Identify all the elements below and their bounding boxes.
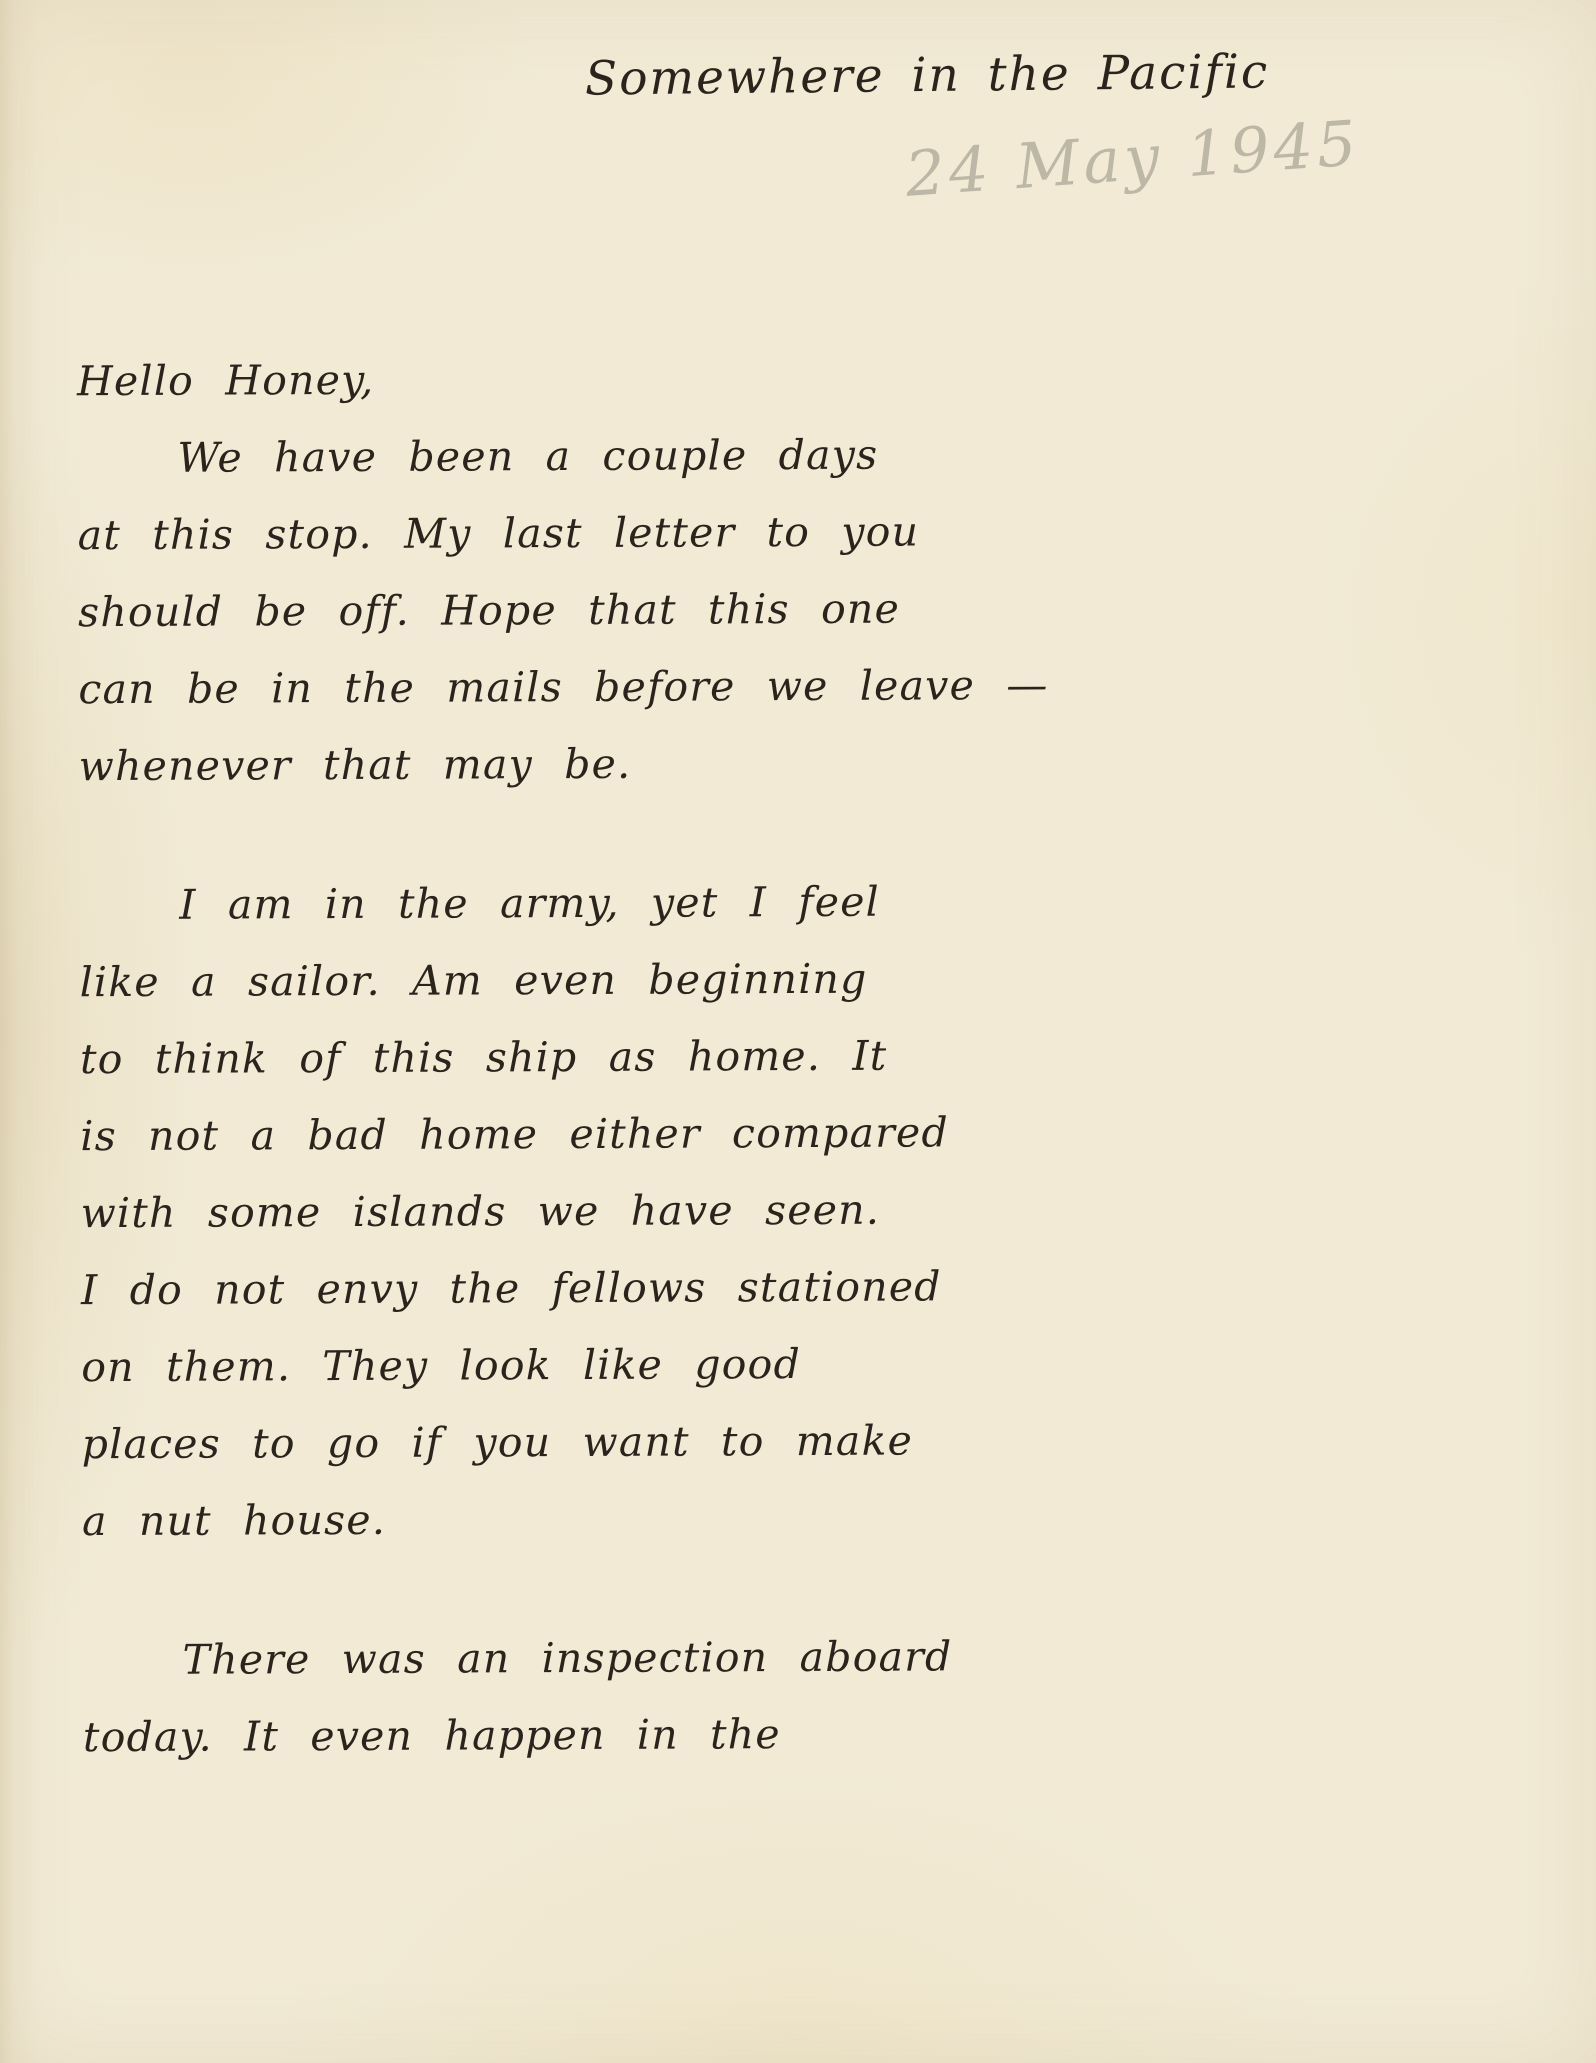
letter-line: can be in the mails before we leave — <box>78 645 1539 728</box>
letter-line: I do not envy the fellows stationed <box>81 1246 1542 1329</box>
letter-line: today. It even happen in the <box>83 1693 1544 1776</box>
letter-line: like a sailor. Am even beginning <box>80 938 1541 1021</box>
letter-line: I am in the army, yet I feel <box>79 861 1540 944</box>
letter-line: is not a bad home either compared <box>80 1092 1541 1175</box>
letter-line: There was an inspection aboard <box>82 1616 1543 1699</box>
letter-greeting: Hello Honey, <box>77 337 1538 420</box>
letter-line: on them. They look like good <box>81 1323 1542 1406</box>
letter-line: places to go if you want to make <box>82 1400 1543 1483</box>
letter-line: We have been a couple days <box>77 414 1538 497</box>
letter-line: whenever that may be. <box>79 722 1540 805</box>
letter-heading-location: Somewhere in the Pacific <box>585 44 1270 106</box>
letter-line: at this stop. My last letter to you <box>78 491 1539 574</box>
letter-line: to think of this ship as home. It <box>80 1015 1541 1098</box>
letter-body: Hello Honey, We have been a couple days … <box>77 337 1544 1776</box>
letter-line: with some islands we have seen. <box>81 1169 1542 1252</box>
letter-line: should be off. Hope that this one <box>78 568 1539 651</box>
letter-page: Somewhere in the Pacific 24 May 1945 Hel… <box>0 0 1596 2063</box>
letter-paragraph-3: There was an inspection aboard today. It… <box>82 1616 1544 1776</box>
letter-paragraph-1: We have been a couple days at this stop.… <box>77 414 1540 805</box>
letter-line: a nut house. <box>82 1477 1543 1560</box>
letter-paragraph-2: I am in the army, yet I feel like a sail… <box>79 861 1543 1560</box>
letter-date-pencil: 24 May 1945 <box>903 106 1363 211</box>
